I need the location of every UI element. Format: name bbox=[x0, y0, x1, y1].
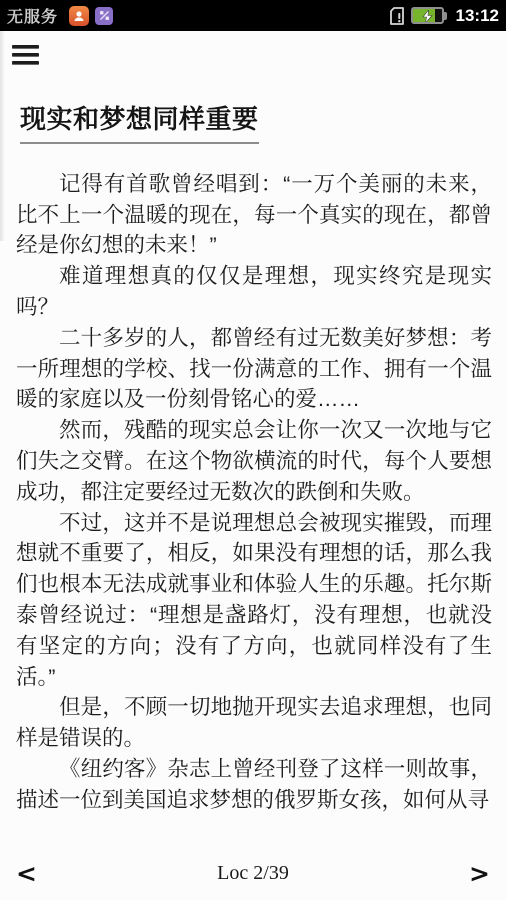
previous-page-button[interactable]: < bbox=[12, 854, 41, 892]
charging-bolt-icon bbox=[421, 10, 434, 23]
next-page-button[interactable]: > bbox=[465, 854, 494, 892]
article-paragraph: 难道理想真的仅仅是理想，现实终究是现实吗？ bbox=[16, 261, 492, 323]
article-paragraph: 记得有首歌曾经唱到：“一万个美丽的未来，比不上一个温暖的现在，每一个真实的现在，… bbox=[16, 169, 492, 261]
carrier-label: 无服务 bbox=[7, 4, 58, 27]
article-body: 记得有首歌曾经唱到：“一万个美丽的未来，比不上一个温暖的现在，每一个真实的现在，… bbox=[16, 169, 492, 816]
clock-label: 13:12 bbox=[456, 6, 499, 26]
reader-screen: 无服务 bbox=[0, 0, 506, 900]
contact-notification-icon bbox=[69, 6, 89, 26]
article-paragraph: 二十多岁的人，都曾经有过无数美好梦想：考一所理想的学校、找一份满意的工作、拥有一… bbox=[16, 323, 492, 415]
location-indicator: Loc 2/39 bbox=[217, 862, 289, 885]
app-notification-icon bbox=[95, 7, 113, 25]
article: 现实和梦想同样重要 记得有首歌曾经唱到：“一万个美丽的未来，比不上一个温暖的现在… bbox=[16, 103, 492, 816]
sim-warning-icon bbox=[389, 6, 405, 26]
article-paragraph: 不过，这并不是说理想总会被现实摧毁，而理想就不重要了，相反，如果没有理想的话，那… bbox=[16, 508, 492, 693]
hamburger-menu-icon[interactable] bbox=[12, 45, 39, 65]
battery-icon bbox=[411, 7, 447, 24]
status-bar: 无服务 bbox=[0, 0, 506, 31]
article-title: 现实和梦想同样重要 bbox=[20, 103, 492, 144]
pager-bar: < Loc 2/39 > bbox=[0, 854, 506, 892]
article-paragraph: 《纽约客》杂志上曾经刊登了这样一则故事，描述一位到美国追求梦想的俄罗斯女孩，如何… bbox=[16, 754, 492, 816]
page-edge-shadow bbox=[0, 31, 5, 241]
article-paragraph: 然而，残酷的现实总会让你一次又一次地与它们失之交臂。在这个物欲横流的时代，每个人… bbox=[16, 415, 492, 507]
article-paragraph: 但是，不顾一切地抛开现实去追求理想，也同样是错误的。 bbox=[16, 692, 492, 754]
